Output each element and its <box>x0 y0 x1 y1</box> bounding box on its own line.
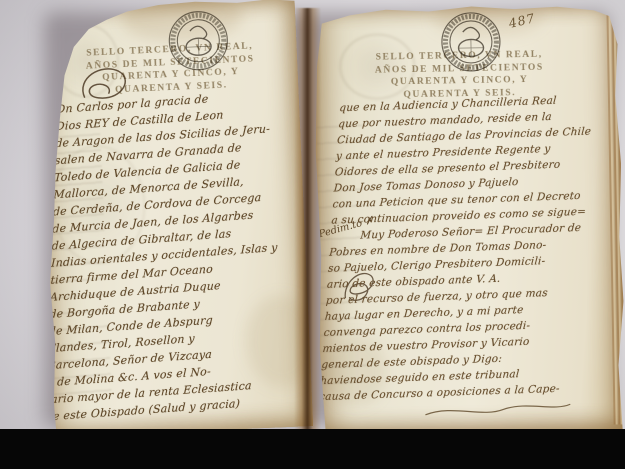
handwritten-text-block: que en la Audiencia y Chancilleria Realq… <box>319 91 602 405</box>
handwritten-text-block: Dn Carlos por la gracia deDios REY de Ca… <box>45 84 294 425</box>
bottom-letterbox-bar <box>0 429 625 469</box>
manuscript-right-page: 487 SELLO TERCERO, VN REAL,AÑOS DE MIL S… <box>312 1 625 434</box>
closing-flourish-icon <box>423 398 573 421</box>
royal-arms-ink-stamp-icon <box>438 9 503 74</box>
binding-crease <box>294 8 321 432</box>
royal-arms-ink-stamp-icon <box>165 7 232 74</box>
manuscript-left-page: SELLO TERCERO, VN REAL,AÑOS DE MIL SETEC… <box>33 0 314 438</box>
